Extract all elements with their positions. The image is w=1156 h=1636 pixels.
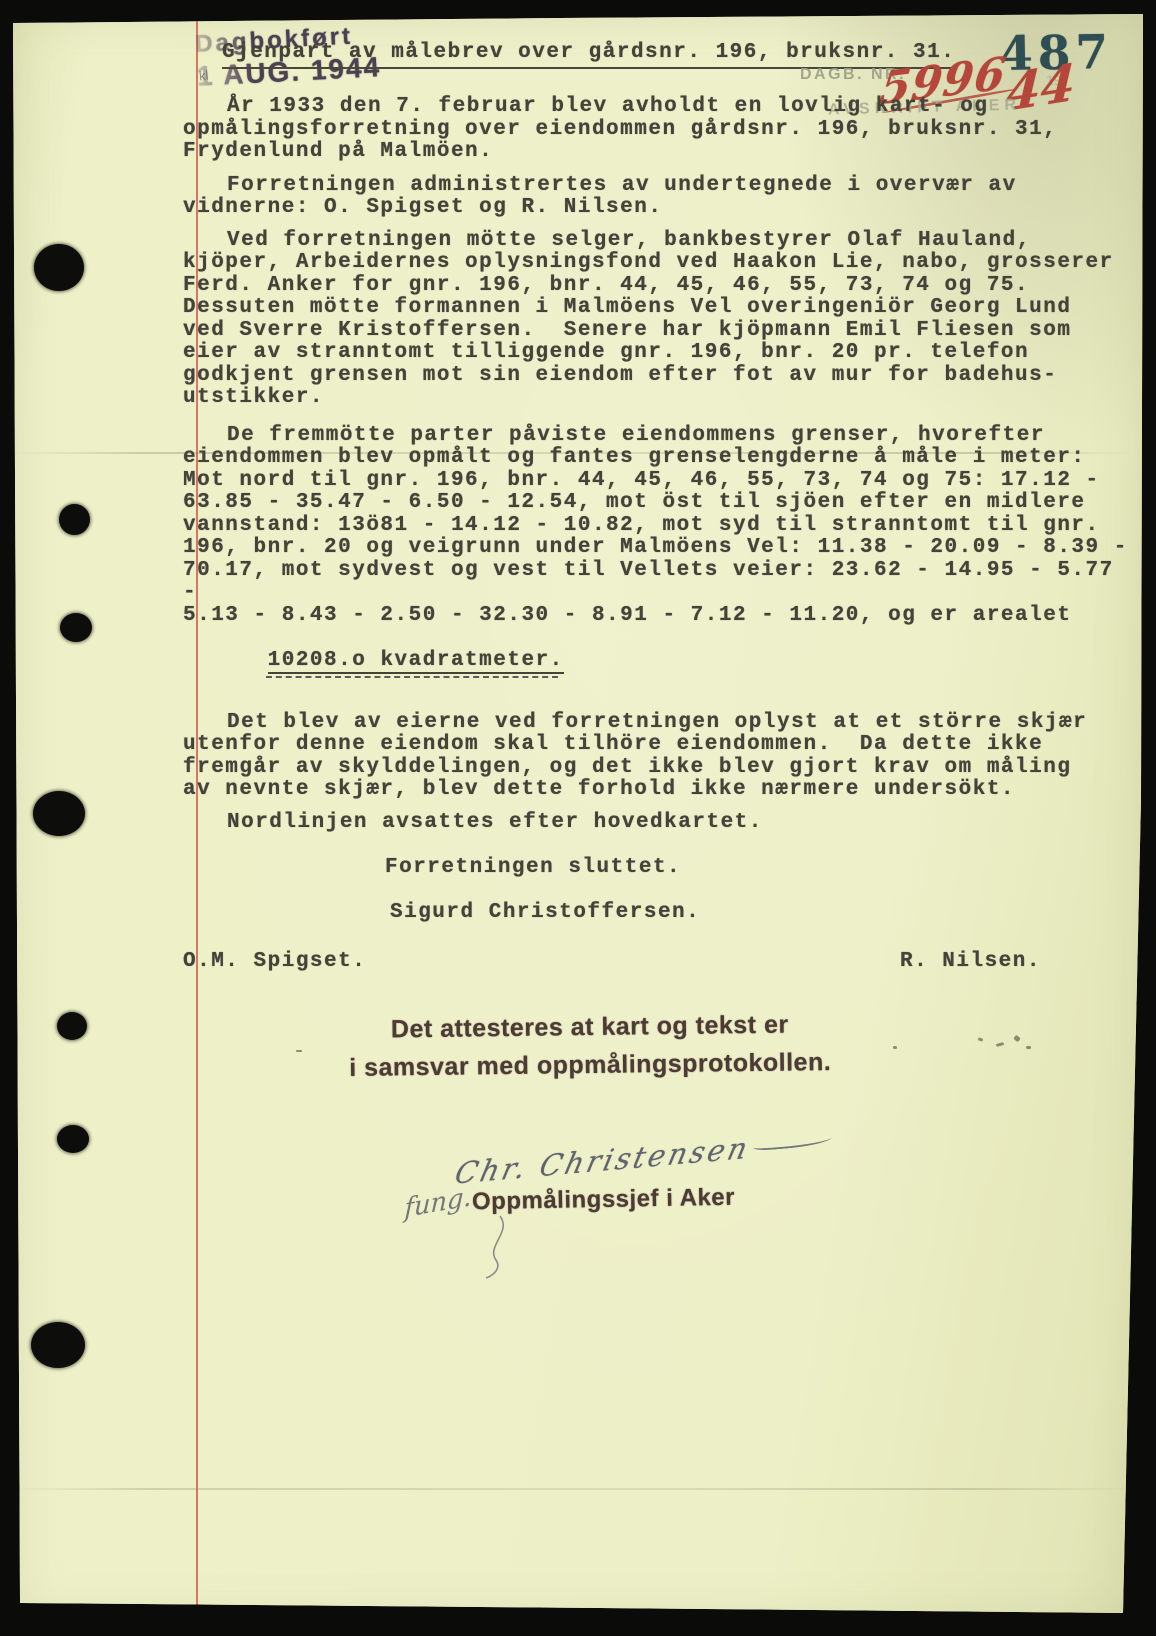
paragraph-attendees: Ved forretningen mötte selger, bankbesty… (183, 230, 1141, 410)
closing-statement: Forretningen sluttet. (385, 857, 1141, 880)
document-title: Gjenpart av målebrev over gårdsnr. 196, … (222, 42, 955, 69)
paragraph-intro: År 1933 den 7. februar blev avholdt en l… (183, 96, 1141, 164)
ink-speck (1026, 1046, 1031, 1049)
punch-hole (31, 1322, 85, 1368)
punch-hole (34, 244, 84, 291)
punch-hole (57, 1012, 87, 1040)
scanned-document-page: Dagbokført 1 AUG. 1944 kl Gjenpart av må… (0, 0, 1156, 1636)
attestation-stamp: Det attesteres at kart og tekst er i sam… (290, 1004, 891, 1087)
ink-speck (978, 1037, 984, 1042)
punch-hole (33, 791, 85, 836)
handwritten-fung-prefix: fung. (404, 1182, 472, 1224)
witness-signatures-row: O.M. Spigset. R. Nilsen. (183, 951, 1141, 974)
document-body: År 1933 den 7. februar blev avholdt en l… (183, 96, 1141, 974)
punch-hole (57, 1125, 89, 1153)
punch-hole (59, 504, 90, 535)
paragraph-boundaries: De fremmötte parter påviste eiendommens … (183, 425, 1141, 628)
ink-speck (893, 1046, 897, 1049)
ink-speck (1013, 1035, 1021, 1043)
ink-speck (296, 1050, 302, 1052)
punch-hole (60, 613, 92, 642)
area-total-underlined: 10208.o kvadratmeter. (268, 650, 564, 675)
paragraph-administration: Forretningen administrertes av undertegn… (183, 175, 1141, 220)
paragraph-north-line: Nordlinjen avsattes efter hovedkartet. (183, 812, 1141, 835)
surveyor-name: Sigurd Christoffersen. (390, 902, 1141, 925)
paper-crease (14, 1488, 1134, 1490)
dagbokfort-stamp-prefix: kl (198, 68, 209, 84)
attestation-line2: i samsvar med oppmålingsprotokollen. (290, 1042, 890, 1087)
witness-left: O.M. Spigset. (183, 951, 366, 974)
pen-flourish (478, 1212, 538, 1282)
paragraph-skerry: Det blev av eierne ved forretningen oply… (183, 712, 1141, 802)
witness-right: R. Nilsen. (900, 951, 1041, 974)
handwritten-signature: Chr. Christensen (452, 1123, 836, 1191)
ink-speck (996, 1042, 1005, 1047)
